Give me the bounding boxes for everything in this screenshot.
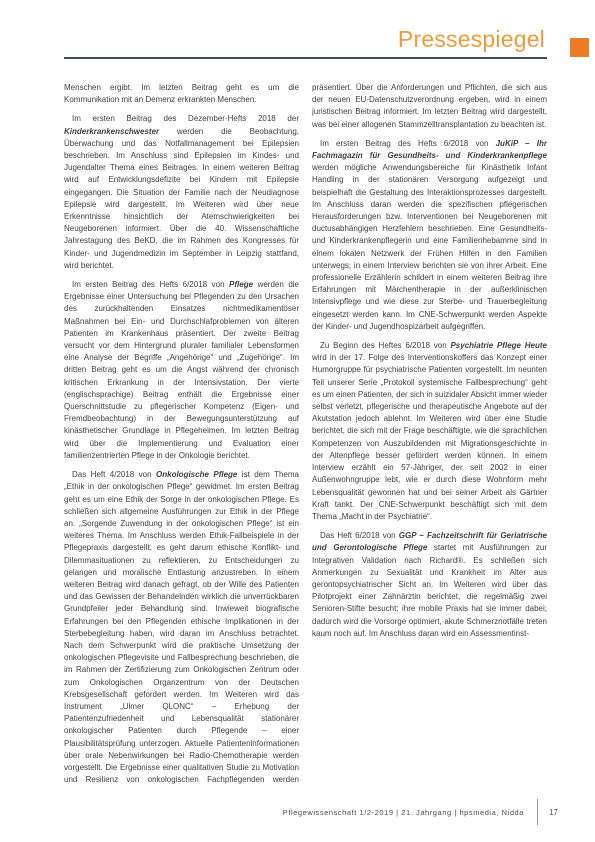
text-run: startet mit Ausführungen zur Integrative… bbox=[312, 543, 547, 637]
text-run: Das Heft 4/2018 von bbox=[72, 470, 156, 479]
journal-name: Kinderkrankenschwester bbox=[64, 127, 159, 136]
text-run: werden die Ergebnisse einer Untersuchung… bbox=[64, 280, 299, 460]
paragraph: Menschen ergibt. Im letzten Beitrag geht… bbox=[64, 82, 299, 106]
journal-name: Psychiatrie Pflege Heute bbox=[450, 341, 547, 350]
page-title: Pressespiegel bbox=[398, 28, 545, 51]
footer-journal-line: Pflegewissenschaft 1/2-2019 | 21. Jahrga… bbox=[283, 808, 524, 817]
text-run: Menschen ergibt. Im letzten Beitrag geht… bbox=[64, 83, 299, 104]
journal-name: Pflege bbox=[229, 280, 253, 289]
paragraph: Das Heft 6/2018 von GGP – Fachzeitschrif… bbox=[312, 530, 547, 640]
text-run: Zu Beginn des Heftes 6/2018 von bbox=[320, 341, 450, 350]
text-run: Das Heft 6/2018 von bbox=[320, 531, 399, 540]
section-marker-square bbox=[570, 38, 589, 57]
text-run: werden mögliche Anwendungsbereiche für K… bbox=[312, 163, 547, 331]
text-run: werden die Beobachtung, Überwachung und … bbox=[64, 127, 299, 270]
paragraph: Im ersten Beitrag des Dezember-Hefts 201… bbox=[64, 113, 299, 272]
paragraph: Zu Beginn des Heftes 6/2018 von Psychiat… bbox=[312, 340, 547, 523]
paragraph: Im ersten Beitrag des Hefts 6/2018 von P… bbox=[64, 279, 299, 462]
footer-divider bbox=[537, 799, 538, 825]
page-footer: Pflegewissenschaft 1/2-2019 | 21. Jahrga… bbox=[64, 796, 563, 828]
text-run: Im ersten Beitrag des Hefts 6/2018 von bbox=[320, 139, 496, 148]
journal-page: Pressespiegel Menschen ergibt. Im letzte… bbox=[0, 0, 595, 842]
journal-name: Onkologische Pflege bbox=[156, 470, 237, 479]
text-run: wird in der 17. Folge des Interventionsk… bbox=[312, 353, 547, 521]
header-rule bbox=[64, 57, 547, 59]
text-run: Im ersten Beitrag des Hefts 6/2018 von bbox=[72, 280, 229, 289]
text-columns: Menschen ergibt. Im letzten Beitrag geht… bbox=[64, 82, 547, 794]
page-number: 17 bbox=[549, 808, 563, 817]
paragraph: Im ersten Beitrag des Hefts 6/2018 von J… bbox=[312, 138, 547, 333]
text-run: Im ersten Beitrag des Dezember-Hefts 201… bbox=[72, 114, 299, 123]
